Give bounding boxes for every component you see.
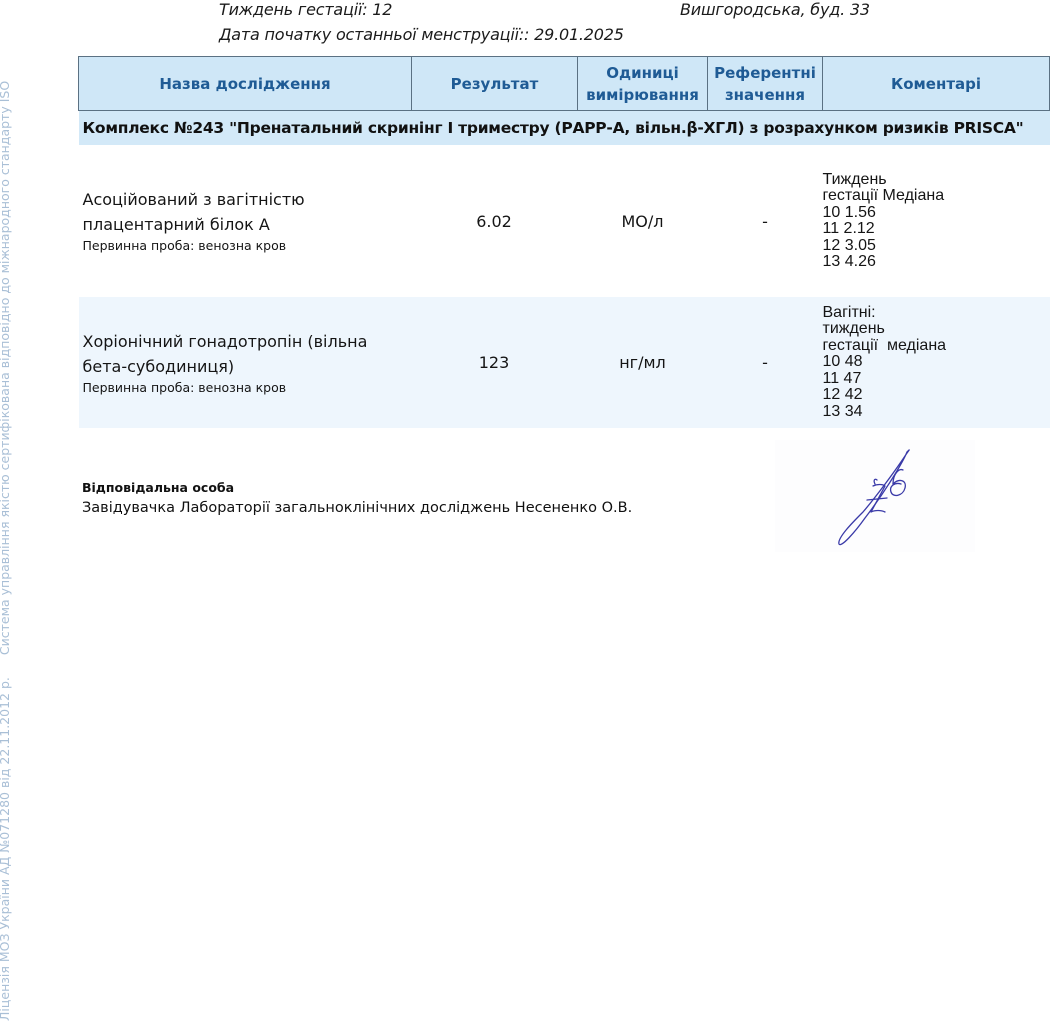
header-reference: Референтні значення (708, 57, 823, 111)
header-units-line1: Одиниці (606, 64, 679, 82)
header-test-name: Назва дослідження (79, 57, 412, 111)
result-value: 6.02 (412, 145, 578, 297)
header-units-line2: вимірювання (586, 86, 699, 104)
comment-line: 12 42 (823, 387, 1049, 404)
result-value: 123 (412, 297, 578, 428)
license-text: Ліцензія МОЗ України АД №071280 від 22.1… (0, 677, 12, 1021)
iso-text: Система управління якістю сертифікована … (0, 81, 12, 655)
comment-cell: Тиждень гестації Медіана 10 1.56 11 2.12… (823, 145, 1050, 297)
test-name-cell: Асоційований з вагітністю плацентарний б… (79, 145, 412, 297)
header-comments: Коментарі (823, 57, 1050, 111)
test-name-line1: Хоріонічний гонадотропін (вільна (83, 332, 368, 351)
comment-line: Тиждень (823, 172, 1049, 189)
comment-line: тиждень (823, 321, 1049, 338)
header-units: Одиниці вимірювання (578, 57, 708, 111)
patient-address: Вишгородська, буд. 33 (680, 0, 870, 19)
side-license-note: Ліцензія МОЗ України АД №071280 від 22.1… (0, 0, 12, 1021)
header-reference-line1: Референтні (714, 64, 816, 82)
sample-type: Первинна проба: венозна кров (83, 237, 411, 255)
responsible-person: Завідувачка Лабораторії загальноклінічни… (82, 497, 632, 519)
comment-cell: Вагітні: тиждень гестації медіана 10 48 … (823, 297, 1050, 428)
test-name-cell: Хоріонічний гонадотропін (вільна бета-су… (79, 297, 412, 428)
header-result: Результат (412, 57, 578, 111)
responsible-label: Відповідальна особа (82, 479, 632, 497)
test-name-line2: плацентарний білок А (83, 215, 270, 234)
comment-line: 10 1.56 (823, 205, 1049, 222)
reference-value: - (708, 297, 823, 428)
test-name-line1: Асоційований з вагітністю (83, 190, 305, 209)
comment-line: гестації медіана (823, 338, 1049, 355)
table-row: Хоріонічний гонадотропін (вільна бета-су… (79, 297, 1050, 428)
sample-type: Первинна проба: венозна кров (83, 379, 411, 397)
comment-line: 11 47 (823, 371, 1049, 388)
signature-icon (775, 440, 975, 552)
comment-line: 13 4.26 (823, 254, 1049, 271)
results-table: Назва дослідження Результат Одиниці вимі… (78, 56, 1050, 428)
gestation-week: Тиждень гестації: 12 (219, 0, 392, 19)
comment-line: 13 34 (823, 404, 1049, 421)
reference-value: - (708, 145, 823, 297)
comment-line: 12 3.05 (823, 238, 1049, 255)
header-reference-line2: значення (725, 86, 805, 104)
comment-line: 10 48 (823, 354, 1049, 371)
table-row: Асоційований з вагітністю плацентарний б… (79, 145, 1050, 297)
responsible-person-block: Відповідальна особа Завідувачка Лаборато… (82, 479, 632, 519)
units-value: МО/л (578, 145, 708, 297)
table-header-row: Назва дослідження Результат Одиниці вимі… (79, 57, 1050, 111)
comment-line: Вагітні: (823, 305, 1049, 322)
units-value: нг/мл (578, 297, 708, 428)
comment-line: гестації Медіана (823, 188, 1049, 205)
test-name-line2: бета-субодиниця) (83, 357, 235, 376)
section-row: Комплекс №243 "Пренатальний скринінг І т… (79, 111, 1050, 146)
section-title: Комплекс №243 "Пренатальний скринінг І т… (79, 111, 1050, 146)
last-menstruation-date: Дата початку останньої менструації:: 29.… (219, 25, 624, 44)
comment-line: 11 2.12 (823, 221, 1049, 238)
